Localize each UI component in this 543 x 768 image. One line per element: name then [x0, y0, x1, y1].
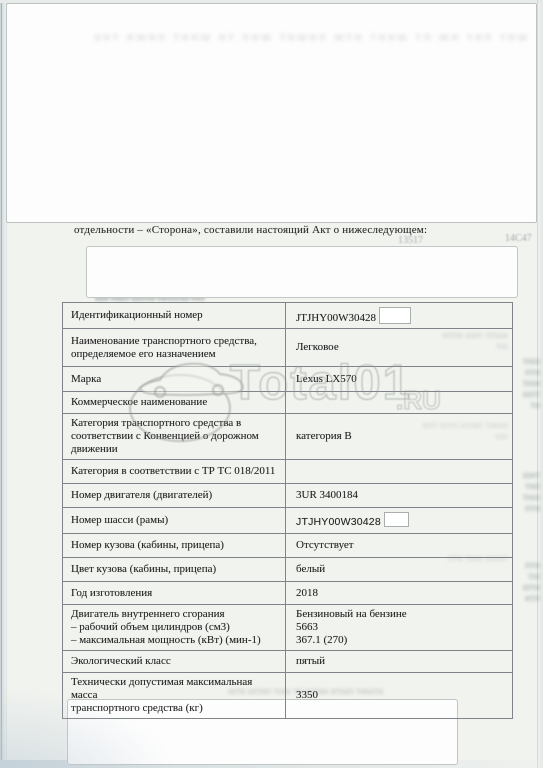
- vin-value: JTJHY00W30428: [296, 516, 381, 528]
- table-row: Марка Lexus LX570: [63, 367, 513, 392]
- row-label: Номер шасси (рамы): [63, 508, 286, 534]
- row-label: Марка: [63, 367, 286, 392]
- bleed-through-number: 14С47: [505, 233, 532, 244]
- table-row: Коммерческое наименование: [63, 392, 513, 414]
- row-label: Наименование транспортного средства, опр…: [63, 329, 286, 367]
- row-value: JTJHY00W30428: [286, 508, 513, 534]
- row-value: Lexus LX570: [286, 367, 513, 392]
- row-label: Цвет кузова (кабины, прицепа): [63, 558, 286, 582]
- table-row: Категория в соответствии с ТР ТС 018/201…: [63, 460, 513, 484]
- row-value: пятый: [286, 651, 513, 673]
- scanned-document-page: шит пит нш пт шиит нтш пишит шип тн шнит…: [0, 0, 543, 768]
- row-value: Отсутствует: [286, 534, 513, 558]
- table-row: Номер кузова (кабины, прицепа) Отсутству…: [63, 534, 513, 558]
- row-value: Легковое: [286, 329, 513, 367]
- row-value: 3350: [286, 673, 513, 719]
- table-row: Наименование транспортного средства, опр…: [63, 329, 513, 367]
- row-label: Двигатель внутреннего сгорания – рабочий…: [63, 605, 286, 651]
- row-value: 2018: [286, 582, 513, 605]
- vehicle-spec-table: Идентификационный номер JTJHY00W30428 На…: [62, 302, 513, 719]
- row-value: Бензиновый на бензине 5663 367.1 (270): [286, 605, 513, 651]
- row-label: Экологический класс: [63, 651, 286, 673]
- table-row: Двигатель внутреннего сгорания – рабочий…: [63, 605, 513, 651]
- intro-text: отдельности – «Сторона», составили насто…: [74, 224, 427, 236]
- scan-right-edge-line: [537, 0, 538, 768]
- redaction-box-top: [6, 3, 537, 223]
- row-value: 3UR 3400184: [286, 484, 513, 508]
- table-row: Экологический класс пятый: [63, 651, 513, 673]
- bleed-through-number: 13517: [398, 235, 423, 246]
- row-label: Категория в соответствии с ТР ТС 018/201…: [63, 460, 286, 484]
- row-label: Коммерческое наименование: [63, 392, 286, 414]
- row-value: белый: [286, 558, 513, 582]
- table-row: Идентификационный номер JTJHY00W30428: [63, 303, 513, 329]
- row-label: Номер кузова (кабины, прицепа): [63, 534, 286, 558]
- row-value: [286, 392, 513, 414]
- table-row: Номер двигателя (двигателей) 3UR 3400184: [63, 484, 513, 508]
- row-label: Категория транспортного средства в соотв…: [63, 414, 286, 460]
- table-row: Технически допустимая максимальная масса…: [63, 673, 513, 719]
- scan-left-edge-line: [1, 0, 2, 768]
- table-row: Год изготовления 2018: [63, 582, 513, 605]
- row-label: Номер двигателя (двигателей): [63, 484, 286, 508]
- table-row: Цвет кузова (кабины, прицепа) белый: [63, 558, 513, 582]
- row-value: JTJHY00W30428: [286, 303, 513, 329]
- vin-value: JTJHY00W30428: [296, 312, 376, 324]
- redaction-box-middle: [86, 246, 518, 298]
- table-row: Номер шасси (рамы) JTJHY00W30428: [63, 508, 513, 534]
- row-label: Идентификационный номер: [63, 303, 286, 329]
- row-label: Технически допустимая максимальная масса…: [63, 673, 286, 719]
- row-value: категория B: [286, 414, 513, 460]
- row-label: Год изготовления: [63, 582, 286, 605]
- row-value: [286, 460, 513, 484]
- table-row: Категория транспортного средства в соотв…: [63, 414, 513, 460]
- redaction-box-small: [384, 512, 409, 527]
- redaction-box-small: [379, 307, 411, 324]
